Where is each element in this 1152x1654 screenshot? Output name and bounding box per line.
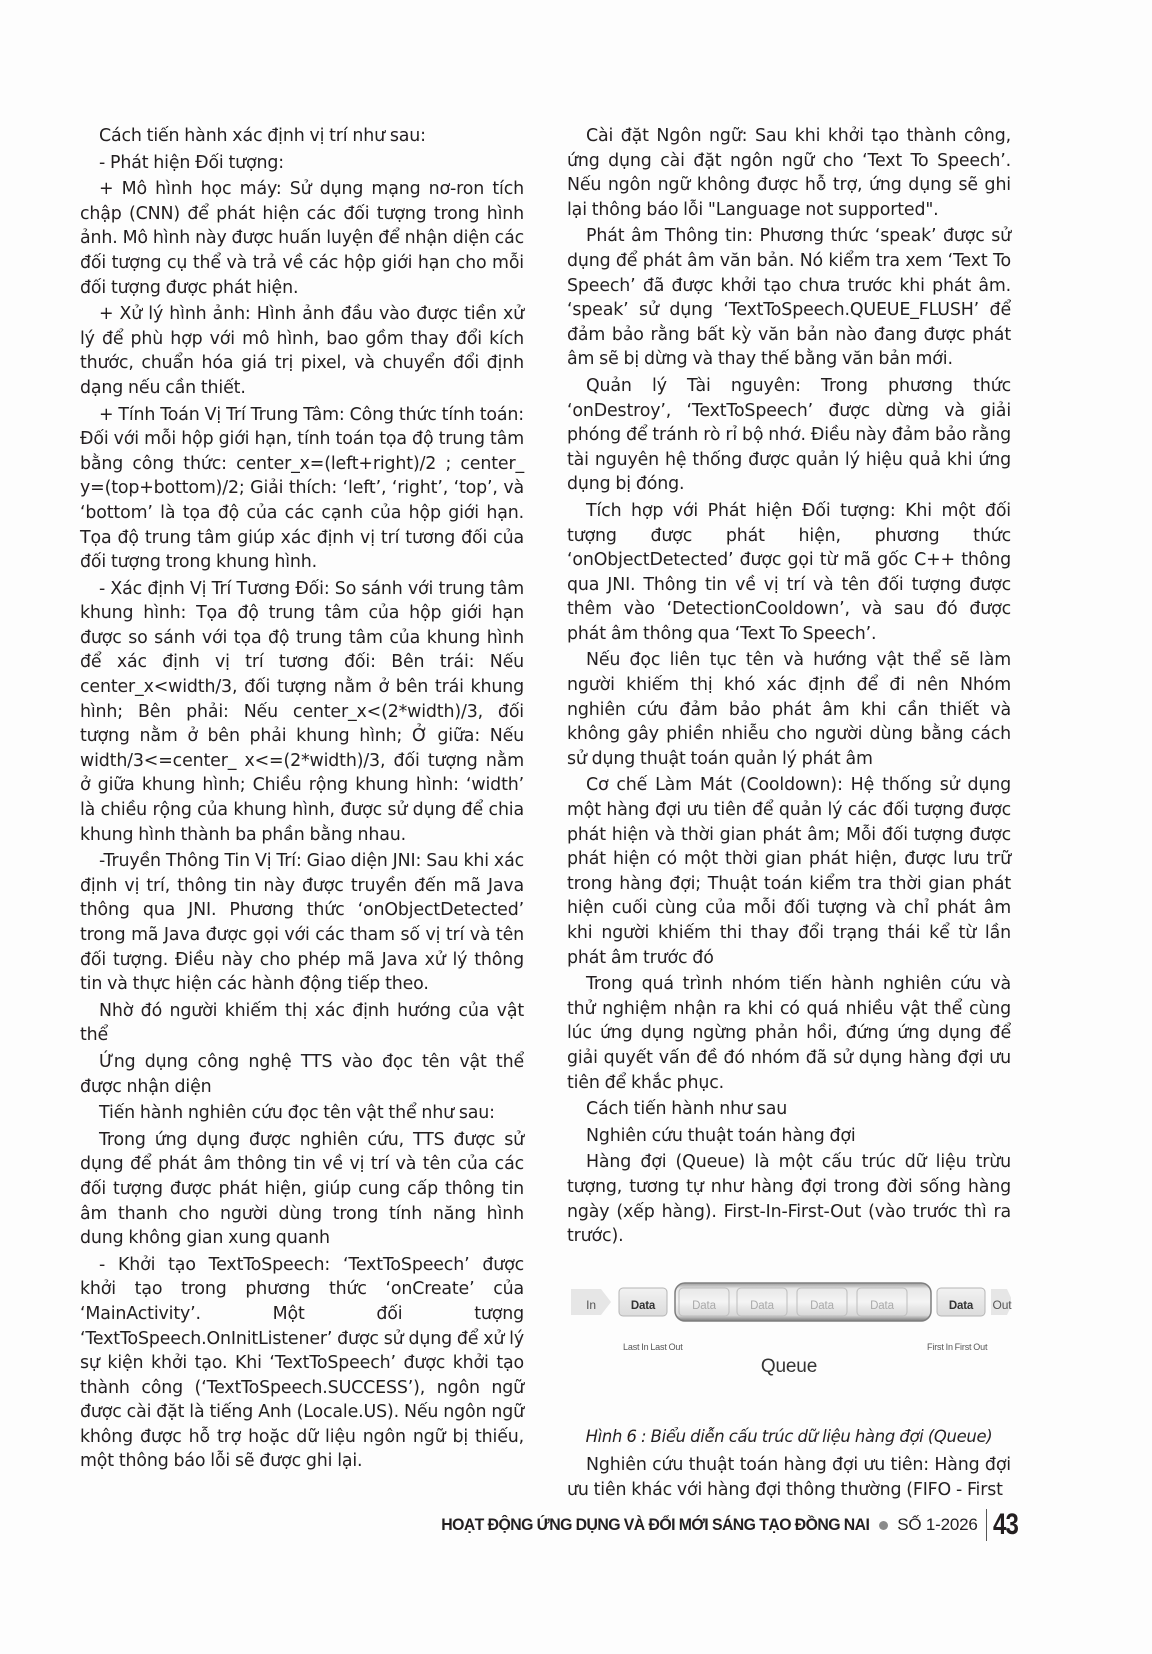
- paragraph: Quản lý Tài nguyên: Trong phương thức ‘o…: [567, 374, 1011, 497]
- paragraph: - Khởi tạo TextToSpeech: ‘TextToSpeech’ …: [80, 1253, 524, 1474]
- paragraph: - Xác định Vị Trí Tương Đối: So sánh với…: [80, 577, 524, 848]
- page-number: 43: [993, 1508, 1018, 1542]
- paragraph: Phát âm Thông tin: Phương thức ‘speak’ đ…: [567, 224, 1011, 372]
- paragraph: Nhờ đó người khiếm thị xác định hướng củ…: [80, 999, 524, 1048]
- paragraph: Trong ứng dụng được nghiên cứu, TTS được…: [80, 1128, 524, 1251]
- queue-cell: Data: [857, 1294, 907, 1319]
- right-text-column: Cài đặt Ngôn ngữ: Sau khi khởi tạo thành…: [567, 124, 1011, 1505]
- paragraph: Cơ chế Làm Mát (Cooldown): Hệ thống sử d…: [567, 773, 1011, 970]
- left-text-column: Cách tiến hành xác định vị trí như sau: …: [80, 124, 524, 1476]
- paragraph: + Xử lý hình ảnh: Hình ảnh đầu vào được …: [80, 302, 524, 400]
- paragraph: Cách tiến hành xác định vị trí như sau:: [80, 124, 524, 149]
- queue-cell: Data: [737, 1294, 787, 1319]
- paragraph: + Tính Toán Vị Trí Trung Tâm: Công thức …: [80, 403, 524, 575]
- paragraph: - Phát hiện Đối tượng:: [80, 151, 524, 176]
- paragraph: Hàng đợi (Queue) là một cấu trúc dữ liệu…: [567, 1150, 1011, 1248]
- publication-title: HOẠT ĐỘNG ỨNG DỤNG VÀ ĐỔI MỚI SÁNG TẠO Đ…: [441, 1515, 869, 1535]
- paragraph: -Truyền Thông Tin Vị Trí: Giao diện JNI:…: [80, 849, 524, 997]
- queue-cell: Data: [679, 1294, 729, 1319]
- queue-in-label: In: [571, 1293, 611, 1318]
- figure-caption: Hình 6 : Biểu diễn cấu trúc dữ liệu hàng…: [567, 1425, 1011, 1450]
- queue-cell: Data: [797, 1294, 847, 1319]
- paragraph: Tiến hành nghiên cứu đọc tên vật thể như…: [80, 1101, 524, 1126]
- paragraph: Nghiên cứu thuật toán hàng đợi: [567, 1124, 1011, 1149]
- queue-cell: Data: [937, 1294, 985, 1319]
- magazine-page: Cách tiến hành xác định vị trí như sau: …: [0, 0, 1152, 1654]
- footer-divider: [986, 1509, 987, 1541]
- issue-number: SỐ 1-2026: [897, 1515, 977, 1535]
- paragraph: Tích hợp với Phát hiện Đối tượng: Khi mộ…: [567, 499, 1011, 647]
- paragraph: Trong quá trình nhóm tiến hành nghiên cứ…: [567, 972, 1011, 1095]
- bullet-icon: [879, 1521, 888, 1530]
- queue-out-label: Out: [985, 1293, 1019, 1318]
- page-footer: HOẠT ĐỘNG ỨNG DỤNG VÀ ĐỔI MỚI SÁNG TẠO Đ…: [409, 1505, 1024, 1545]
- section-heading: Ứng dụng công nghệ TTS vào đọc tên vật t…: [80, 1050, 524, 1099]
- paragraph: Cách tiến hành như sau: [567, 1097, 1011, 1122]
- paragraph: Nếu đọc liên tục tên và hướng vật thể sẽ…: [567, 648, 1011, 771]
- queue-title: Queue: [567, 1355, 1011, 1380]
- paragraph: Nghiên cứu thuật toán hàng đợi ưu tiên: …: [567, 1453, 1011, 1502]
- paragraph: Cài đặt Ngôn ngữ: Sau khi khởi tạo thành…: [567, 124, 1011, 222]
- queue-cell: Data: [619, 1294, 667, 1319]
- queue-diagram-figure: In Data Data Data Data Data Data Out Las…: [567, 1271, 1011, 1415]
- paragraph: + Mô hình học máy: Sử dụng mạng nơ-ron t…: [80, 177, 524, 300]
